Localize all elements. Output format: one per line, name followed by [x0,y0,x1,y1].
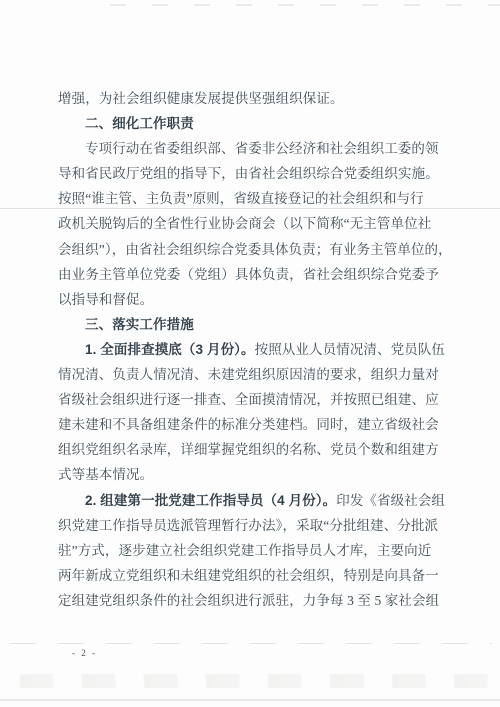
line-text: 专项行动在省委组织部、省委非公经济和社会组织工委的领 [85,141,439,156]
section-heading: 二、细化工作职责 [58,111,442,136]
line-text: 建未建和不具备组建条件的标准分类建档。同时，建立省级社会 [58,417,439,432]
scanned-document-page: 增强，为社会组织健康发展提供坚强组织保证。 二、细化工作职责 专项行动在省委组织… [0,0,500,707]
line-text: 组织党组织名录库，详细掌握党组织的名称、党员个数和组建方 [58,442,439,457]
line-text: 会组织”），由省社会组织综合党委具体负责；有业务主管单位的， [58,242,452,257]
line-text: 增强，为社会组织健康发展提供坚强组织保证。 [58,91,344,106]
text-line: 1. 全面排查摸底（3 月份）。按照从业人员情况清、党员队伍 [58,337,442,362]
line-text: 定组建党组织条件的社会组织进行派驻，力争每 3 至 5 家社会组 [58,593,439,608]
text-line: 式等基本情况。 [58,462,442,487]
text-line: 专项行动在省委组织部、省委非公经济和社会组织工委的领 [58,136,442,161]
line-bold-text: 三、落实工作措施 [85,317,194,332]
line-bold-text: 1. 全面排查摸底（3 月份）。 [85,342,255,357]
section-heading: 三、落实工作措施 [58,312,442,337]
line-text: 按照“谁主管、主负责”原则，省级直接登记的社会组织和与行 [58,191,424,206]
line-text: 式等基本情况。 [58,467,153,482]
line-text: 以指导和督促。 [58,292,153,307]
line-bold-text: 2. 组建第一批党建工作指导员（4 月份）。 [85,493,336,508]
text-line: 情况清、负责人情况清、未建党组织原因清的要求，组织力量对 [58,362,442,387]
text-line: 按照“谁主管、主负责”原则，省级直接登记的社会组织和与行 [58,186,442,211]
text-line: 由业务主管单位党委（党组）具体负责，省社会组织综合党委予 [58,262,442,287]
line-text: 织党建工作指导员选派管理暂行办法》，采取“分批组建、分批派 [58,518,438,533]
text-line: 织党建工作指导员选派管理暂行办法》，采取“分批组建、分批派 [58,513,442,538]
text-line: 2. 组建第一批党建工作指导员（4 月份）。印发《省级社会组 [58,488,442,513]
line-text: 由业务主管单位党委（党组）具体负责，省社会组织综合党委予 [58,267,439,282]
line-text: 驻”方式，逐步建立社会组织党建工作指导员人才库，主要向近 [58,543,431,558]
text-line: 组织党组织名录库，详细掌握党组织的名称、党员个数和组建方 [58,437,442,462]
line-text: 导和省民政厅党组的指导下，由省社会组织综合党委组织实施。 [58,166,439,181]
text-line: 建未建和不具备组建条件的标准分类建档。同时，建立省级社会 [58,412,442,437]
document-body: 增强，为社会组织健康发展提供坚强组织保证。 二、细化工作职责 专项行动在省委组织… [58,86,442,613]
line-text: 两年新成立党组织和未组建党组织的社会组织，特别是向具备一 [58,568,439,583]
text-line: 会组织”），由省社会组织综合党委具体负责；有业务主管单位的， [58,237,442,262]
line-text: 按照从业人员情况清、党员队伍 [255,342,445,357]
text-line: 政机关脱钩后的全省性行业协会商会（以下简称“无主管单位社 [58,211,442,236]
text-line: 省级社会组织进行逐一排查、全面摸清情况，并按照已组建、应 [58,387,442,412]
line-text: 印发《省级社会组 [336,493,445,508]
scan-artifact-bottom-dashes [10,643,492,644]
line-text: 情况清、负责人情况清、未建党组织原因清的要求，组织力量对 [58,367,439,382]
scan-artifact-bottom-line [0,699,500,701]
line-text: 政机关脱钩后的全省性行业协会商会（以下简称“无主管单位社 [58,216,431,231]
text-line: 导和省民政厅党组的指导下，由省社会组织综合党委组织实施。 [58,161,442,186]
scan-artifact-top-dots [110,4,500,6]
line-text: 省级社会组织进行逐一排查、全面摸清情况，并按照已组建、应 [58,392,439,407]
page-number: - 2 - [72,648,97,658]
text-line: 驻”方式，逐步建立社会组织党建工作指导员人才库，主要向近 [58,538,442,563]
text-line: 以指导和督促。 [58,287,442,312]
text-line: 两年新成立党组织和未组建党组织的社会组织，特别是向具备一 [58,563,442,588]
text-line: 增强，为社会组织健康发展提供坚强组织保证。 [58,86,442,111]
line-bold-text: 二、细化工作职责 [85,116,194,131]
scan-artifact-smudge [20,674,490,688]
text-line: 定组建党组织条件的社会组织进行派驻，力争每 3 至 5 家社会组 [58,588,442,613]
